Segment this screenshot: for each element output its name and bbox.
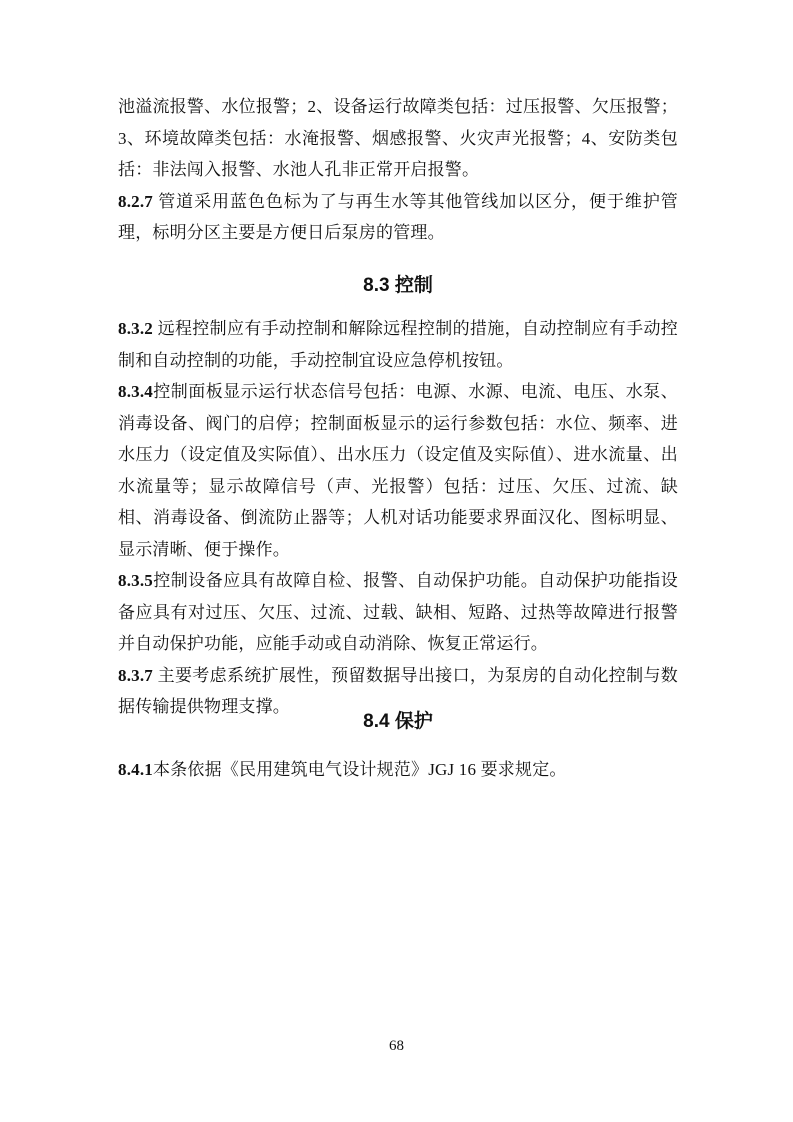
- paragraph-continuation: 池溢流报警、水位报警；2、设备运行故障类包括：过压报警、欠压报警；3、环境故障类…: [118, 91, 678, 186]
- section-heading-8-4: 8.4 保护: [118, 706, 678, 733]
- section-heading-8-3: 8.3 控制: [118, 270, 678, 297]
- paragraph-text: 控制设备应具有故障自检、报警、自动保护功能。自动保护功能指设备应具有对过压、欠压…: [118, 571, 678, 653]
- paragraph-text: 远程控制应有手动控制和解除远程控制的措施，自动控制应有手动控制和自动控制的功能，…: [118, 319, 678, 370]
- paragraph-8-3-2: 8.3.2 远程控制应有手动控制和解除远程控制的措施，自动控制应有手动控制和自动…: [118, 313, 678, 376]
- paragraph-text: 控制面板显示运行状态信号包括：电源、水源、电流、电压、水泵、消毒设备、阀门的启停…: [118, 382, 678, 559]
- clause-number: 8.4.1: [118, 760, 153, 779]
- paragraph-text: 管道采用蓝色色标为了与再生水等其他管线加以区分，便于维护管理，标明分区主要是方便…: [118, 192, 678, 243]
- clause-number: 8.3.5: [118, 571, 153, 590]
- paragraph-8-3-5: 8.3.5控制设备应具有故障自检、报警、自动保护功能。自动保护功能指设备应具有对…: [118, 565, 678, 660]
- section-8-3-body: 8.3.2 远程控制应有手动控制和解除远程控制的措施，自动控制应有手动控制和自动…: [118, 313, 678, 723]
- paragraph-8-2-7: 8.2.7 管道采用蓝色色标为了与再生水等其他管线加以区分，便于维护管理，标明分…: [118, 186, 678, 249]
- clause-number: 8.3.7: [118, 666, 153, 685]
- section-8-4-body: 8.4.1本条依据《民用建筑电气设计规范》JGJ 16 要求规定。: [118, 754, 678, 786]
- clause-number: 8.3.4: [118, 382, 153, 401]
- paragraph-text: 本条依据《民用建筑电气设计规范》JGJ 16 要求规定。: [153, 760, 567, 779]
- clause-number: 8.3.2: [118, 319, 153, 338]
- clause-number: 8.2.7: [118, 192, 153, 211]
- paragraph-8-3-4: 8.3.4控制面板显示运行状态信号包括：电源、水源、电流、电压、水泵、消毒设备、…: [118, 376, 678, 565]
- page-number: 68: [0, 1038, 793, 1055]
- paragraph-8-4-1: 8.4.1本条依据《民用建筑电气设计规范》JGJ 16 要求规定。: [118, 754, 678, 786]
- paragraph-text: 池溢流报警、水位报警；2、设备运行故障类包括：过压报警、欠压报警；3、环境故障类…: [118, 97, 678, 179]
- top-continuation-block: 池溢流报警、水位报警；2、设备运行故障类包括：过压报警、欠压报警；3、环境故障类…: [118, 91, 678, 249]
